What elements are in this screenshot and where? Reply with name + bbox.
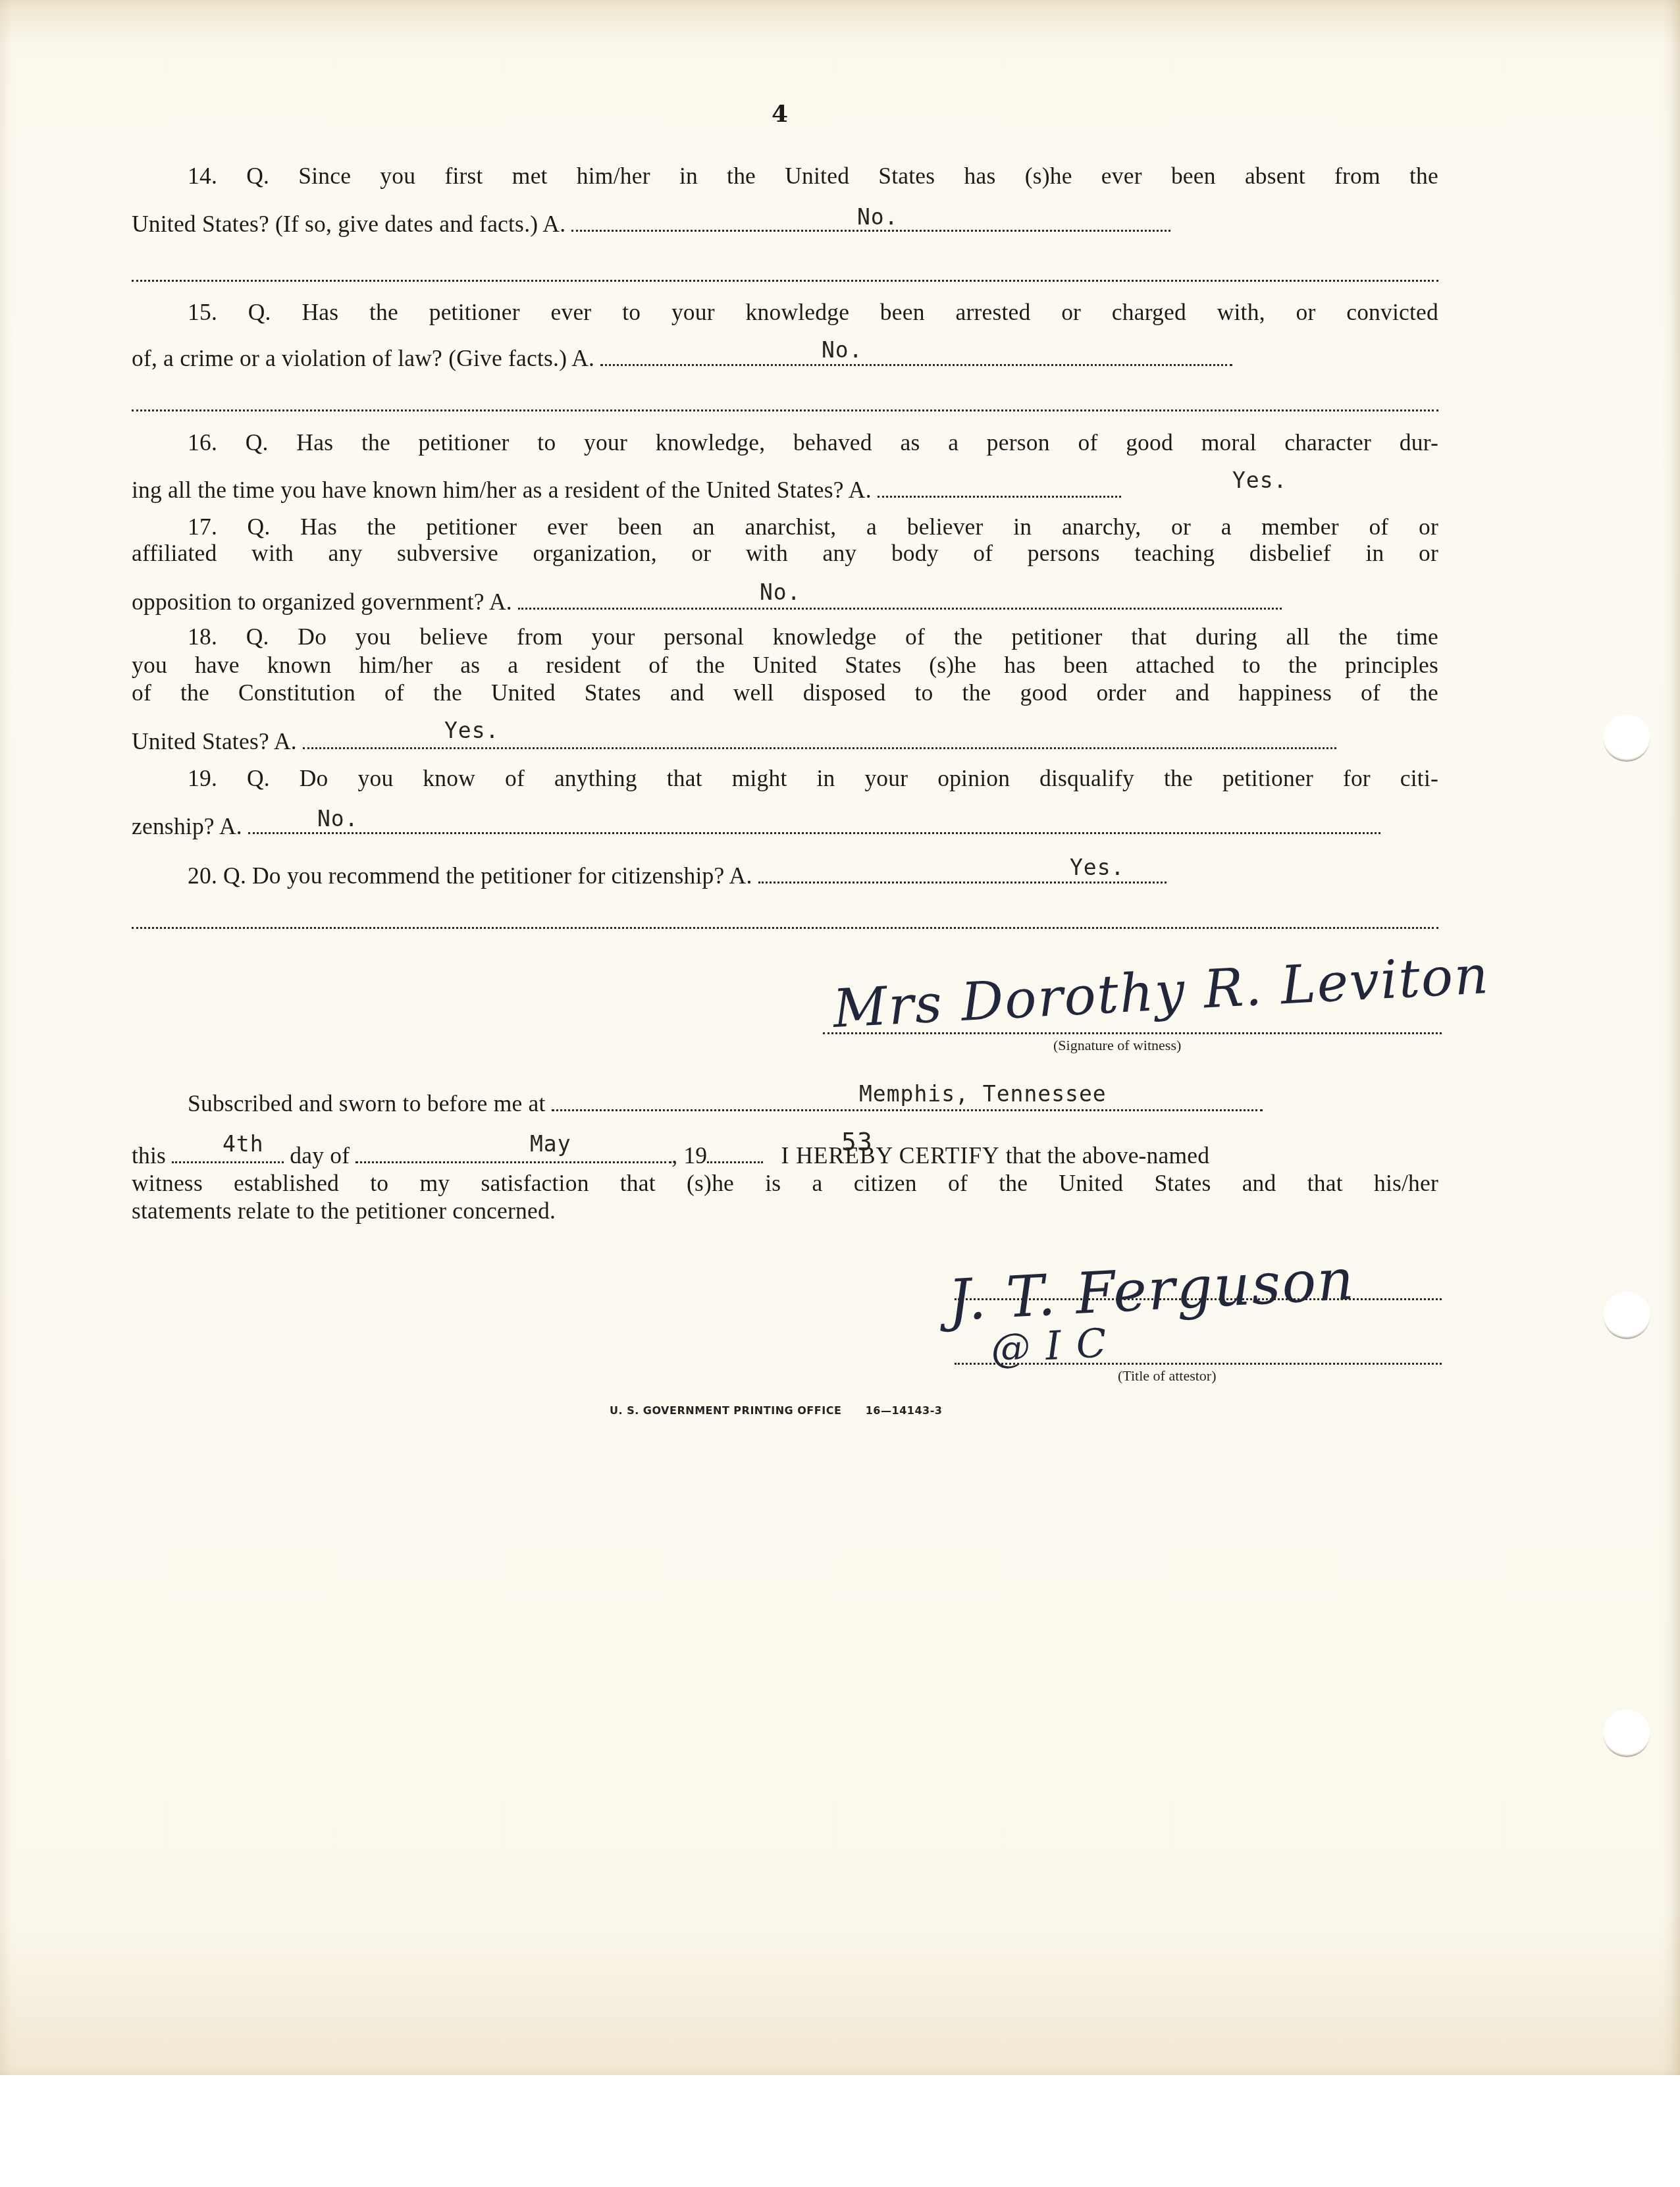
question-17-line-3-text: opposition to organized government? A.: [132, 589, 512, 615]
question-18-answer: Yes.: [444, 718, 499, 743]
jurat-certify-rest: that the above-named: [1006, 1142, 1210, 1169]
question-16-line-2-text: ing all the time you have known him/her …: [132, 477, 872, 503]
question-16-answer: Yes.: [1232, 467, 1287, 493]
question-20-answer: Yes.: [1070, 855, 1124, 880]
question-14-answer: No.: [857, 204, 899, 230]
jurat-day-of-label: day of: [290, 1142, 350, 1169]
witness-signature-line: [823, 1032, 1442, 1034]
witness-signature-caption: (Signature of witness): [1053, 1037, 1181, 1054]
page-number: 4: [772, 100, 788, 128]
question-20-line-1-text: 20. Q. Do you recommend the petitioner f…: [188, 862, 752, 889]
attestor-title-line: [955, 1363, 1442, 1365]
jurat-month: May: [530, 1131, 571, 1157]
question-14-line-1: 14. Q. Since you first met him/her in th…: [188, 161, 1438, 190]
jurat-date-line: this day of , 19 I HEREBY CERTIFY that t…: [132, 1141, 1438, 1170]
question-14-line-2: United States? (If so, give dates and fa…: [132, 209, 1438, 238]
punch-hole-middle: [1603, 1292, 1650, 1339]
question-17-line-2: affiliated with any subversive organizat…: [132, 539, 1438, 567]
jurat-sworn-line: Subscribed and sworn to before me at: [188, 1089, 1438, 1118]
question-20-line-1: 20. Q. Do you recommend the petitioner f…: [188, 861, 1438, 890]
question-16-line-1: 16. Q. Has the petitioner to your knowle…: [188, 428, 1438, 457]
question-14-line-2-text: United States? (If so, give dates and fa…: [132, 211, 565, 237]
punch-hole-top: [1603, 714, 1650, 762]
question-14-extra-blank: [132, 280, 1438, 282]
question-19-line-1: 19. Q. Do you know of anything that migh…: [188, 764, 1438, 793]
jurat-month-blank: [355, 1142, 671, 1163]
question-16-answer-blank: [878, 476, 1121, 498]
jurat-certify-line-3: statements relate to the petitioner conc…: [132, 1196, 1438, 1225]
question-18-line-3: of the Constitution of the United States…: [132, 678, 1438, 707]
attestor-signature-line: [955, 1298, 1442, 1300]
witness-signature: Mrs Dorothy R. Leviton: [831, 944, 1490, 1040]
question-17-answer: No.: [760, 579, 801, 605]
jurat-year-prefix: 19: [683, 1142, 707, 1169]
question-18-line-1: 18. Q. Do you believe from your personal…: [188, 622, 1438, 651]
question-20-extra-blank: [132, 927, 1438, 929]
form-page: 4 14. Q. Since you first met him/her in …: [0, 0, 1680, 2075]
question-15-line-2-text: of, a crime or a violation of law? (Give…: [132, 345, 594, 371]
jurat-certify-line-2: witness established to my satisfaction t…: [132, 1169, 1438, 1198]
question-15-answer-blank: [600, 344, 1232, 366]
question-17-line-1: 17. Q. Has the petitioner ever been an a…: [188, 512, 1438, 541]
jurat-year-suffix: 53: [841, 1127, 873, 1156]
question-18-line-2: you have known him/her as a resident of …: [132, 650, 1438, 679]
jurat-sworn-prefix: Subscribed and sworn to before me at: [188, 1090, 546, 1117]
punch-hole-bottom: [1603, 1710, 1650, 1757]
question-19-answer: No.: [317, 806, 359, 831]
jurat-place: Memphis, Tennessee: [859, 1081, 1107, 1107]
question-19-line-2-text: zenship? A.: [132, 813, 242, 839]
form-code: 16—14143-3: [866, 1404, 943, 1417]
question-15-extra-blank: [132, 409, 1438, 411]
printing-office-name: U. S. GOVERNMENT PRINTING OFFICE: [610, 1404, 841, 1417]
question-19-answer-blank: [248, 812, 1380, 834]
question-15-answer: No.: [822, 337, 863, 363]
question-17-answer-blank: [518, 588, 1282, 610]
question-15-line-1: 15. Q. Has the petitioner ever to your k…: [188, 298, 1438, 327]
question-18-line-4-text: United States? A.: [132, 728, 297, 754]
question-15-line-2: of, a crime or a violation of law? (Give…: [132, 344, 1438, 373]
jurat-year-blank: [707, 1142, 763, 1163]
jurat-certify-lead: I HEREBY CERTIFY: [781, 1142, 1000, 1169]
jurat-day: 4th: [223, 1131, 264, 1157]
attestor-title-caption: (Title of attestor): [1118, 1367, 1217, 1384]
attestor-signature: J. T. Ferguson: [947, 1247, 1357, 1334]
question-18-line-4: United States? A.: [132, 727, 1438, 756]
printing-office-imprint: U. S. GOVERNMENT PRINTING OFFICE 16—1414…: [610, 1404, 942, 1417]
jurat-this-label: this: [132, 1142, 166, 1169]
